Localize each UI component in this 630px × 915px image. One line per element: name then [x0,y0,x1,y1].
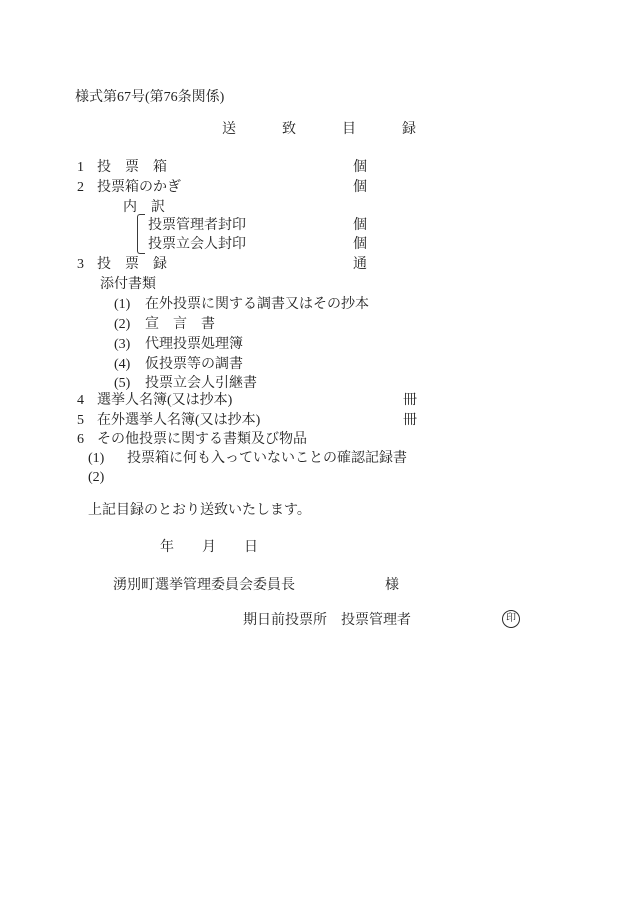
attachments-label: 添付書類 [100,276,156,293]
document-title: 送致目録 [222,121,462,138]
attachment-4-label: 仮投票等の調書 [145,356,243,373]
attachment-4-number: (4) [114,356,130,373]
item-6-label: その他投票に関する書類及び物品 [97,431,307,448]
item-2-unit: 個 [353,179,367,196]
item-4-label: 選挙人名簿(又は抄本) [97,392,232,409]
attachment-1-label: 在外投票に関する調書又はその抄本 [145,296,369,313]
item-4-number: 4 [77,392,84,409]
item-4-unit: 冊 [403,392,417,409]
breakdown-row-2-unit: 個 [353,236,367,253]
attachment-1-number: (1) [114,296,130,313]
item-1-unit: 個 [353,159,367,176]
attachment-3-number: (3) [114,336,130,353]
item-6-row-1-label: 投票箱に何も入っていないことの確認記録書 [127,450,407,467]
item-6-row-2-number: (2) [88,469,104,486]
closing-sentence: 上記目録のとおり送致いたします。 [88,502,311,519]
date-line: 年 月 日 [160,539,258,556]
item-5-number: 5 [77,412,84,429]
addressee-honorific: 様 [385,577,399,594]
item-5-unit: 冊 [403,412,417,429]
attachment-3-label: 代理投票処理簿 [145,336,243,353]
item-5-label: 在外選挙人名簿(又は抄本) [97,412,260,429]
breakdown-row-1-unit: 個 [353,217,367,234]
attachment-5-number: (5) [114,375,130,392]
item-6-number: 6 [77,431,84,448]
breakdown-row-2-label: 投票立会人封印 [148,236,246,253]
item-3-unit: 通 [353,256,367,273]
item-3-label: 投 票 録 [97,256,167,273]
breakdown-bracket [137,214,145,254]
document-page: 様式第67号(第76条関係) 送致目録 1 投 票 箱 個 2 投票箱のかぎ 個… [0,0,630,915]
attachment-2-label: 宣 言 書 [145,316,215,333]
addressee-name: 湧別町選挙管理委員会委員長 [113,577,295,594]
seal-icon: 印 [502,610,520,628]
item-3-number: 3 [77,256,84,273]
item-6-row-1-number: (1) [88,450,104,467]
form-number: 様式第67号(第76条関係) [75,89,224,106]
signer-title: 期日前投票所 投票管理者 [243,612,411,629]
breakdown-row-1-label: 投票管理者封印 [148,217,246,234]
item-2-number: 2 [77,179,84,196]
seal-char: 印 [506,613,516,624]
item-1-label: 投 票 箱 [97,159,167,176]
item-1-number: 1 [77,159,84,176]
item-2-label: 投票箱のかぎ [97,179,181,196]
attachment-5-label: 投票立会人引継書 [145,375,257,392]
attachment-2-number: (2) [114,316,130,333]
